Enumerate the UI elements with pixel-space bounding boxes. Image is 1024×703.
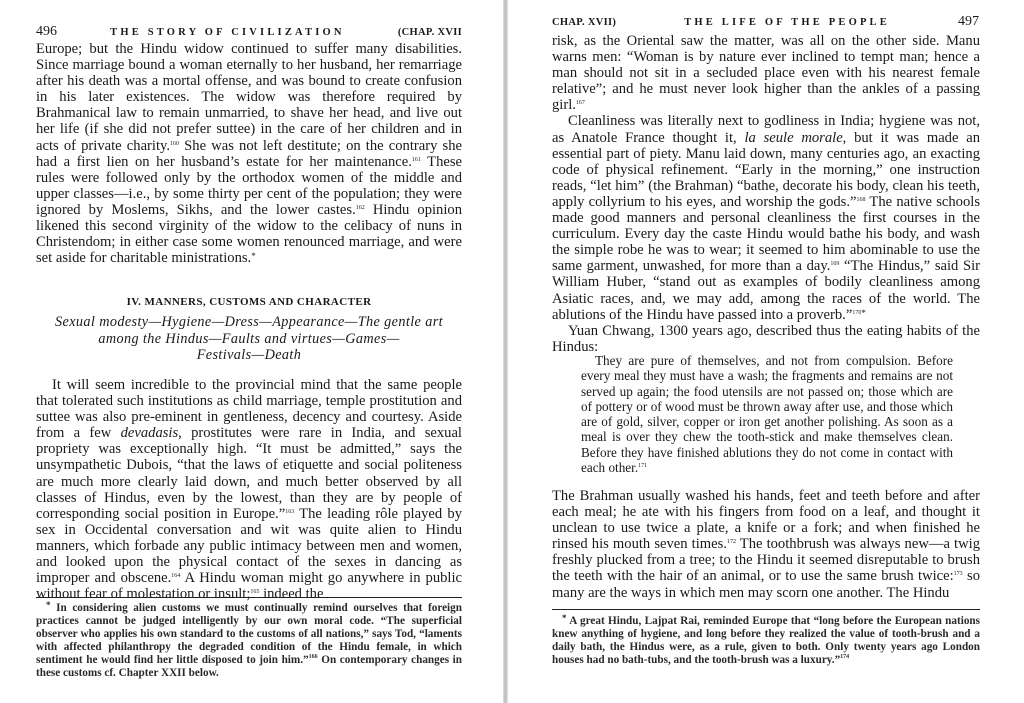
running-head-left: 496 THE STORY OF CIVILIZATION (CHAP. XVI… [36,24,462,40]
note-reference[interactable]: 172 [727,539,736,545]
section-subtitle-line: Sexual modesty—Hygiene—Dress—Appearance—… [36,314,462,331]
section-header: IV. MANNERS, CUSTOMS AND CHARACTER Sexua… [36,296,462,364]
paragraph-manu: risk, as the Oriental saw the matter, wa… [552,33,980,113]
footnote: * In considering alien customs we must c… [36,602,462,679]
footnote-marker[interactable]: * [251,251,256,261]
text-run: risk, as the Oriental saw the matter, wa… [552,33,980,113]
note-reference[interactable]: 160 [170,141,179,147]
paragraph-yuan-chwang: Yuan Chwang, 1300 years ago, described t… [552,323,980,355]
paragraph-brahman: The Brahman usually washed his hands, fe… [552,488,980,601]
page-number: 496 [36,24,57,40]
footnote-rule [36,597,462,598]
chapter-reference: (CHAP. XVII [398,27,462,38]
right-body: risk, as the Oriental saw the matter, wa… [552,33,980,355]
page-number: 497 [958,14,979,30]
text-run: They are pure of themselves, and not fro… [581,353,953,475]
note-reference[interactable]: 164 [171,573,180,579]
footnote-marker[interactable]: * [861,308,866,318]
italic-term: devadasis [121,425,179,441]
note-reference[interactable]: 167 [576,100,585,106]
note-reference[interactable]: 170 [852,310,861,316]
text-run: indeed the [259,586,323,602]
note-reference[interactable]: 171 [638,463,647,469]
paragraph-widow: Europe; but the Hindu widow continued to… [36,41,462,266]
note-reference[interactable]: 161 [412,157,421,163]
note-reference[interactable]: 162 [356,205,365,211]
section-heading: IV. MANNERS, CUSTOMS AND CHARACTER [36,296,462,308]
note-reference[interactable]: 166 [309,654,318,660]
right-page: CHAP. XVII) THE LIFE OF THE PEOPLE 497 r… [508,0,1024,703]
text-run: Yuan Chwang, 1300 years ago, described t… [552,323,980,355]
note-reference[interactable]: 173 [954,571,963,577]
running-title: THE STORY OF CIVILIZATION [110,27,345,38]
paragraph-manners: It will seem incredible to the provincia… [36,377,462,602]
footnote: * A great Hindu, Lajpat Rai, reminded Eu… [552,615,980,667]
footnote-rule [552,609,980,610]
text-run: A great Hindu, Lajpat Rai, reminded Euro… [552,615,980,666]
section-subtitle-line: among the Hindus—Faults and virtues—Game… [36,331,462,348]
section-subtitle-line: Festivals—Death [36,347,462,364]
chapter-reference: CHAP. XVII) [552,17,616,28]
italic-term: la seule morale [744,130,842,146]
running-head-right: CHAP. XVII) THE LIFE OF THE PEOPLE 497 [552,14,979,30]
left-page: 496 THE STORY OF CIVILIZATION (CHAP. XVI… [0,0,503,703]
note-reference[interactable]: 163 [285,509,294,515]
blockquote: They are pure of themselves, and not fro… [581,353,953,475]
note-reference[interactable]: 174 [840,654,849,660]
running-title: THE LIFE OF THE PEOPLE [684,17,890,28]
paragraph-cleanliness: Cleanliness was literally next to godlin… [552,113,980,322]
